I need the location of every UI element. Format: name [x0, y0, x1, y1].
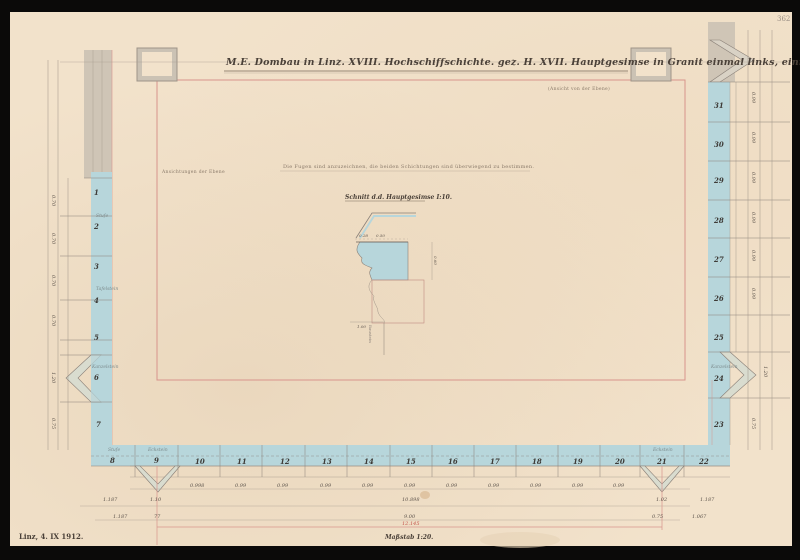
bottom-dim: 0.99 — [404, 483, 415, 489]
right-dim: 0.99 — [750, 92, 756, 103]
right-segment-29: 29 — [714, 176, 724, 185]
view-note: (Ansicht von der Ebene) — [548, 87, 610, 92]
sheet-number: 362 — [777, 15, 790, 23]
right-dim: 0.99 — [750, 250, 756, 261]
segment-name: Eckstein — [148, 448, 168, 453]
right-segment-24: 24 — [714, 374, 724, 383]
bottom-dim: 0.75 — [652, 514, 663, 520]
bottom-dim: 0.99 — [530, 483, 541, 489]
right-segment-23: 23 — [714, 420, 724, 429]
section-label: Schnitt d.d. Hauptgesimse I:10. — [345, 194, 452, 201]
right-segment-28: 28 — [714, 216, 724, 225]
bottom-dim: 10.898 — [402, 497, 420, 503]
bottom-segment-11: 11 — [237, 457, 247, 466]
bottom-segment-22: 22 — [699, 457, 709, 466]
total-dim: 12.145 — [402, 521, 420, 527]
bottom-segment-16: 16 — [448, 457, 458, 466]
bottom-dim: 77 — [154, 514, 160, 520]
right-segment-25: 25 — [714, 333, 724, 342]
left-dim: 1.20 — [50, 372, 56, 383]
bottom-segment-18: 18 — [532, 457, 542, 466]
bottom-dim: 0.99 — [488, 483, 499, 489]
bottom-dim: 0.99 — [613, 483, 624, 489]
segment-name: Stufe — [96, 214, 108, 219]
bottom-segment-12: 12 — [280, 457, 290, 466]
section-dim: 0.60 — [433, 256, 438, 265]
left-segment-3: 3 — [94, 262, 99, 271]
right-dim: 0.75 — [750, 418, 756, 429]
right-dim: 0.99 — [750, 132, 756, 143]
bottom-segment-8: 8 — [110, 456, 115, 465]
left-dim: 0.70 — [50, 315, 56, 326]
left-segment-2: 2 — [94, 222, 99, 231]
bottom-segment-13: 13 — [322, 457, 332, 466]
segment-name: Eckstein — [653, 448, 673, 453]
bottom-dim: 1.187 — [700, 497, 714, 503]
left-dim: 0.70 — [50, 275, 56, 286]
bottom-dim: 1.187 — [113, 514, 127, 520]
bottom-dim: 1.10 — [150, 497, 161, 503]
segment-name: Kanzelstein — [92, 365, 119, 370]
bottom-segment-20: 20 — [615, 457, 625, 466]
bottom-dim: 0.998 — [190, 483, 204, 489]
right-segment-26: 26 — [714, 294, 724, 303]
bottom-segment-21: 21 — [657, 457, 667, 466]
segment-name: Kanzelstein — [711, 365, 738, 370]
right-dim: 0.99 — [750, 212, 756, 223]
bottom-dim: 0.99 — [362, 483, 373, 489]
bottom-dim: 9.00 — [404, 514, 415, 520]
section-dim: 0.50 — [376, 233, 385, 238]
bottom-segment-19: 19 — [573, 457, 583, 466]
left-segment-1: 1 — [94, 188, 99, 197]
segment-name: Tafelstein — [96, 287, 118, 292]
left-segment-4: 4 — [94, 296, 99, 305]
bottom-segment-17: 17 — [490, 457, 500, 466]
right-segment-31: 31 — [714, 101, 724, 110]
right-dim: 0.99 — [750, 172, 756, 183]
bottom-dim: 1.067 — [692, 514, 706, 520]
right-dim: 0.99 — [750, 288, 756, 299]
bottom-segment-14: 14 — [364, 457, 374, 466]
left-segment-7: 7 — [96, 420, 101, 429]
bottom-segment-15: 15 — [406, 457, 416, 466]
right-dim: 1.20 — [762, 366, 768, 377]
bottom-dim: 1.187 — [103, 497, 117, 503]
section-dim: 1.00 — [357, 324, 366, 329]
bottom-dim: 0.99 — [320, 483, 331, 489]
bottom-dim: 1.02 — [656, 497, 667, 503]
left-segment-5: 5 — [94, 333, 99, 342]
bottom-dim: 0.99 — [235, 483, 246, 489]
right-segment-27: 27 — [714, 255, 724, 264]
joint-note: Die Fugen sind anzuzeichnen, die beiden … — [283, 164, 534, 170]
bottom-dim: 0.99 — [277, 483, 288, 489]
footer-date: Linz, 4. IX 1912. — [19, 532, 83, 541]
left-dim: 0.70 — [50, 233, 56, 244]
left-note: Ansichtungen der Ebene — [162, 170, 225, 175]
drawing-title: M.E. Dombau in Linz. XVIII. Hochschiffsc… — [226, 57, 800, 68]
bottom-segment-10: 10 — [195, 457, 205, 466]
right-segment-30: 30 — [714, 140, 724, 149]
segment-name: Stufe — [108, 448, 120, 453]
bottom-dim: 0.99 — [446, 483, 457, 489]
left-dim: 0.75 — [50, 418, 56, 429]
plan-drawing — [0, 0, 800, 560]
section-dim: 0.28 — [359, 233, 368, 238]
section-vertical-label: Baustein — [368, 325, 373, 343]
left-segment-6: 6 — [94, 373, 99, 382]
left-dim: 0.70 — [50, 195, 56, 206]
bottom-segment-9: 9 — [154, 456, 159, 465]
bottom-dim: 0.99 — [572, 483, 583, 489]
scale-label: Maßstab 1:20. — [385, 534, 433, 541]
